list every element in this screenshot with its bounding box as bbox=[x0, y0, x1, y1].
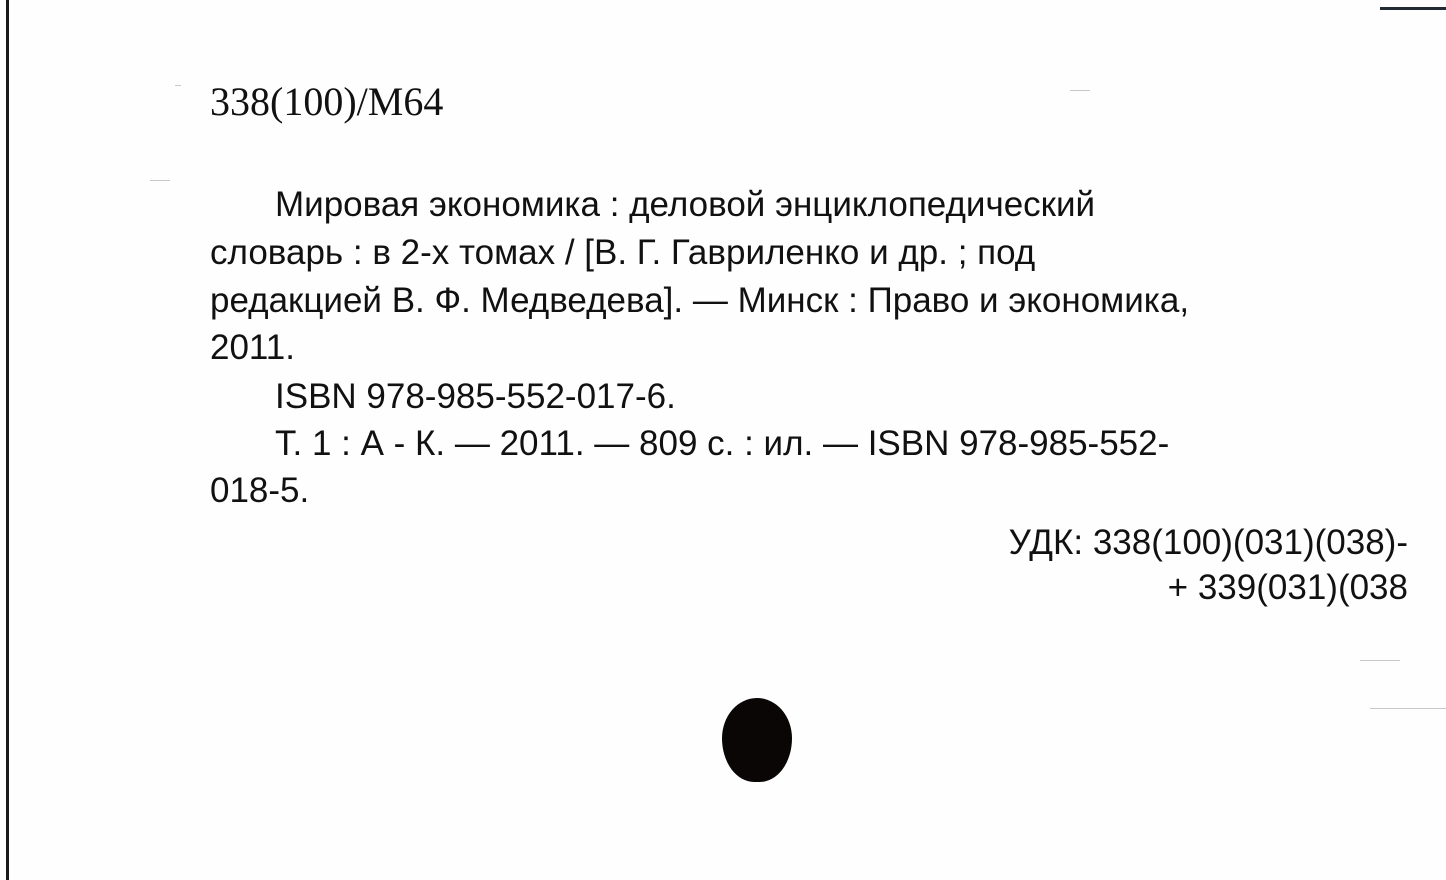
title-line: Мировая экономика : деловой энциклопедич… bbox=[275, 185, 1095, 225]
udk-line: + 339(031)(038 bbox=[1168, 568, 1408, 608]
card-top-edge bbox=[1380, 7, 1446, 10]
publication-year: 2011. bbox=[210, 328, 295, 368]
udk-line: УДК: 338(100)(031)(038)- bbox=[1009, 523, 1408, 563]
scan-speck bbox=[1360, 660, 1400, 661]
volume-isbn-continuation: 018-5. bbox=[210, 471, 309, 511]
title-line: словарь : в 2-х томах / [В. Г. Гавриленк… bbox=[210, 233, 1035, 273]
volume-line: Т. 1 : А - К. — 2011. — 809 с. : ил. — I… bbox=[275, 424, 1169, 464]
card-left-edge bbox=[6, 0, 9, 880]
scan-speck bbox=[1370, 708, 1446, 709]
scan-speck bbox=[175, 85, 181, 86]
catalog-card: 338(100)/М64 Мировая экономика : деловой… bbox=[0, 0, 1446, 880]
scan-speck bbox=[150, 180, 170, 181]
title-line: редакцией В. Ф. Медведева]. — Минск : Пр… bbox=[210, 281, 1189, 321]
isbn-line: ISBN 978-985-552-017-6. bbox=[275, 377, 676, 417]
scan-speck bbox=[1070, 90, 1090, 91]
shelfmark: 338(100)/М64 bbox=[210, 80, 443, 124]
punch-hole-icon bbox=[722, 698, 792, 782]
